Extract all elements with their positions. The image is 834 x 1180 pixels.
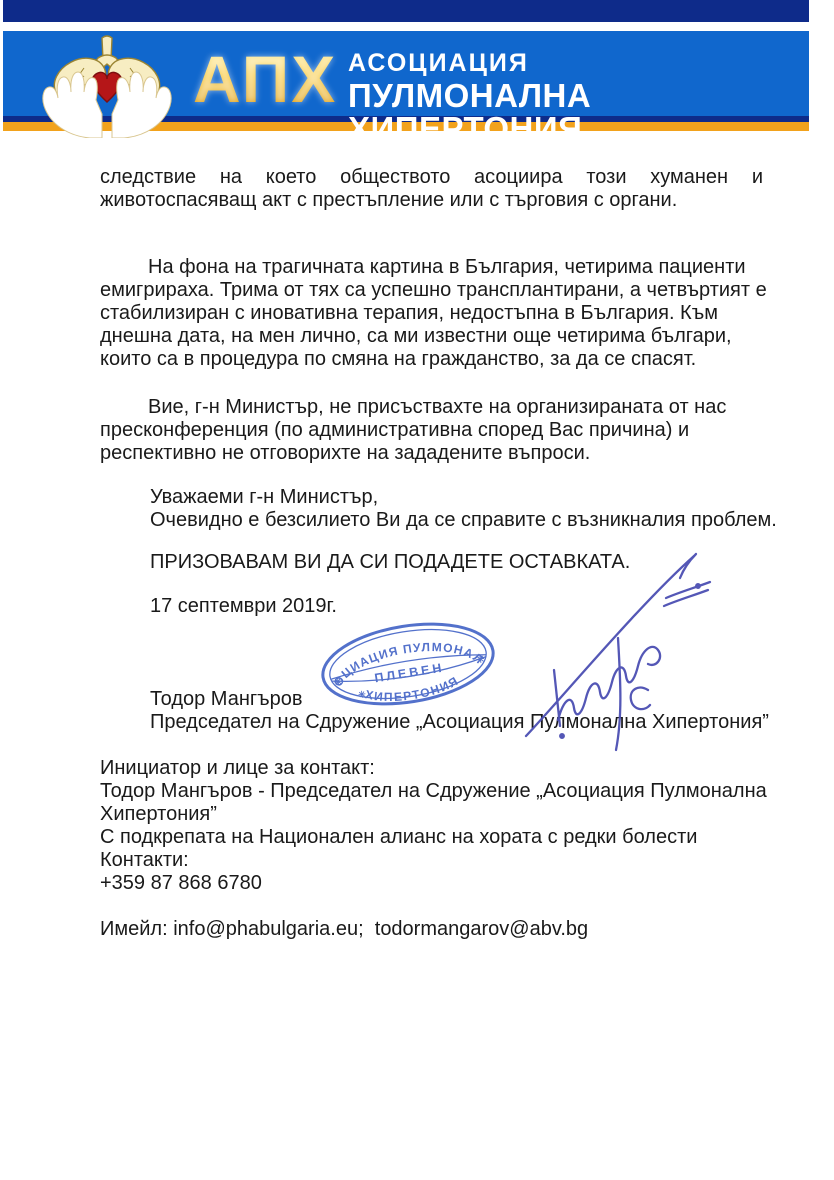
text-line: Вие, г-н Министър, не присъствахте на ор…: [100, 396, 726, 419]
brand-abbreviation: АПХ: [193, 46, 337, 112]
brand-name: АСОЦИАЦИЯ ПУЛМОНАЛНА ХИПЕРТОНИЯ: [348, 51, 834, 145]
paragraph-patients: На фона на трагичната картина в България…: [100, 256, 767, 371]
text-line: Хипертония”: [100, 803, 767, 826]
contact-block: Инициатор и лице за контакт:Тодор Мангър…: [100, 757, 767, 941]
text-line: Очевидно е безсилието Ви да се справите …: [150, 509, 777, 532]
text-line: Контакти:: [100, 849, 767, 872]
text-line: На фона на трагичната картина в България…: [100, 256, 767, 279]
text-line: Имейл: info@phabulgaria.eu; todormangaro…: [100, 918, 767, 941]
brand-name-line2: ПУЛМОНАЛНА ХИПЕРТОНИЯ: [348, 79, 834, 145]
text-line: Тодор Мангъров - Председател на Сдружени…: [100, 780, 767, 803]
text-line: [100, 895, 767, 918]
text-line: които са в процедура по смяна на граждан…: [100, 348, 767, 371]
paragraph-pressconference: Вие, г-н Министър, не присъствахте на ор…: [100, 396, 726, 465]
stamp-star-bottom: ✳: [357, 689, 366, 700]
text-line: +359 87 868 6780: [100, 872, 767, 895]
text-line: Инициатор и лице за контакт:: [100, 757, 767, 780]
header-top-navy-bar: [3, 0, 809, 22]
text-line: Уважаеми г-н Министър,: [150, 486, 777, 509]
text-line: С подкрепата на Национален алианс на хор…: [100, 826, 767, 849]
paragraph-organs: следствие на което обществото асоциира т…: [100, 166, 763, 212]
brand-name-line1: АСОЦИАЦИЯ: [348, 51, 834, 76]
letter-page: АПХ АСОЦИАЦИЯ ПУЛМОНАЛНА ХИПЕРТОНИЯ след…: [0, 0, 834, 1180]
text-line: респективно не отговорихте на зададените…: [100, 442, 726, 465]
text-line: емигрираха. Трима от тях са успешно тран…: [100, 279, 767, 302]
text-line: пресконференция (по административна спор…: [100, 419, 726, 442]
text-line: днешна дата, на мен лично, са ми известн…: [100, 325, 767, 348]
text-line: стабилизиран с иновативна терапия, недос…: [100, 302, 767, 325]
salutation-block: Уважаеми г-н Министър,Очевидно е безсили…: [150, 486, 777, 532]
date-line: 17 септември 2019г.: [150, 595, 337, 618]
handwritten-signature: [520, 542, 724, 754]
stamp-center-text: ПЛЕВЕН: [374, 660, 446, 685]
hands-holding-lungs-heart-logo-icon: [28, 34, 186, 138]
